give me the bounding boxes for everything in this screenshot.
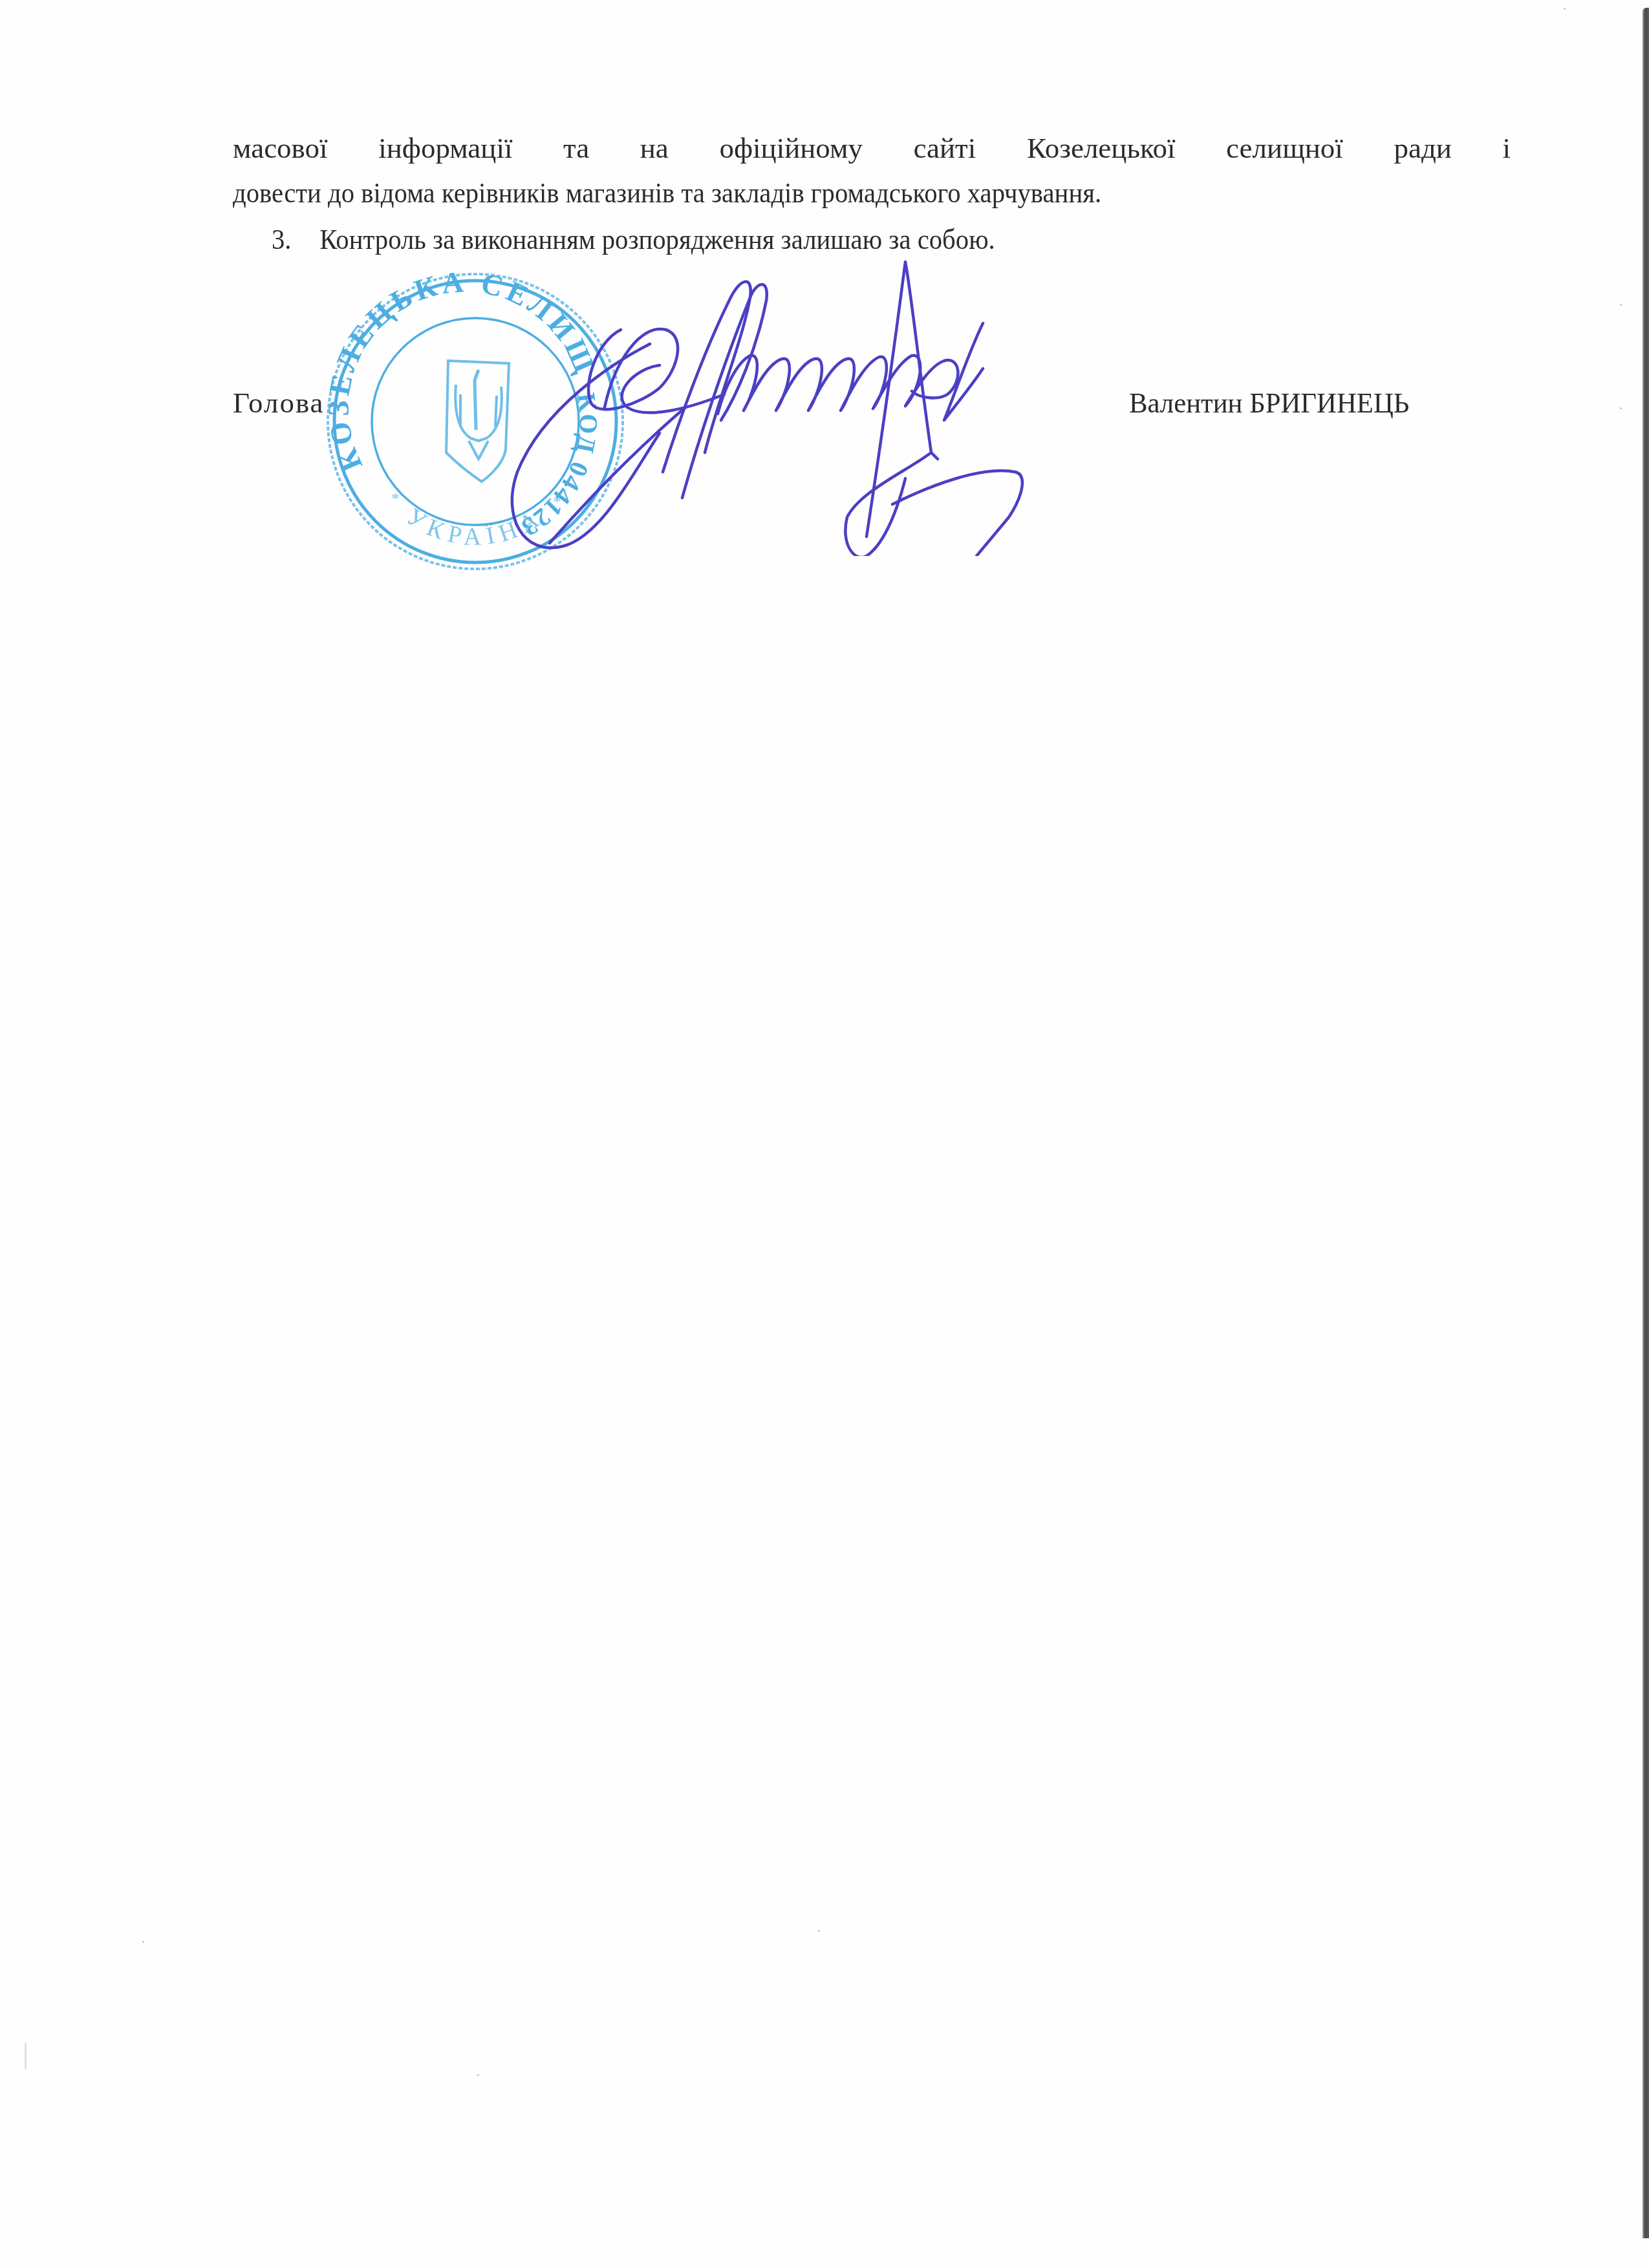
document-page: масової інформації та на офіційному сайт…: [0, 0, 1649, 2268]
scan-speck: [1620, 407, 1622, 409]
stamp-star-left: *: [391, 489, 400, 508]
paragraph-line-2: довести до відома керівників магазинів т…: [233, 178, 1101, 208]
signatory-role: Голова: [233, 386, 325, 420]
handwritten-signature: [466, 259, 1048, 556]
list-item-number: 3.: [272, 225, 319, 254]
list-item-text: Контроль за виконанням розпорядження зал…: [319, 223, 995, 255]
list-item-3: 3.Контроль за виконанням розпорядження з…: [272, 225, 995, 254]
scan-speck: [818, 1930, 820, 1932]
scan-speck: [142, 1941, 144, 1943]
paragraph-line-1: масової інформації та на офіційному сайт…: [233, 134, 1511, 163]
scan-mark: [25, 2043, 27, 2069]
scan-edge-shadow: [1643, 8, 1649, 2238]
scan-speck: [1564, 8, 1566, 10]
scan-speck: [477, 2074, 479, 2076]
signatory-name: Валентин БРИГИНЕЦЬ: [1129, 386, 1409, 420]
scan-speck: [1620, 304, 1622, 306]
